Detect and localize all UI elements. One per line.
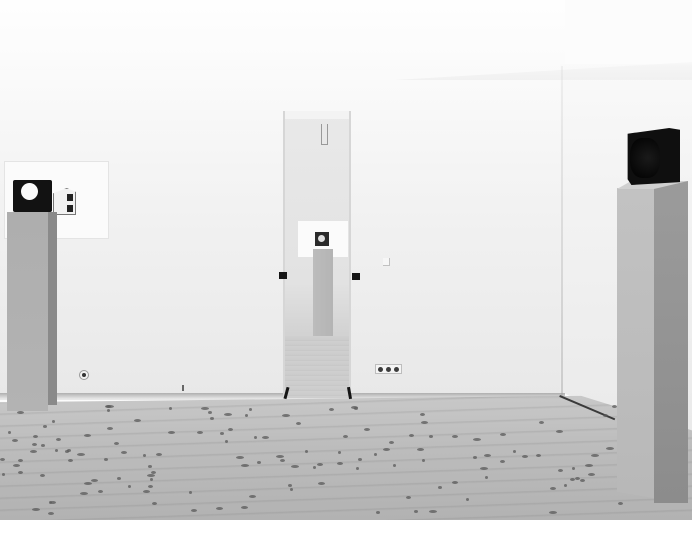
floor-knot (572, 467, 575, 470)
floor-knot (280, 459, 285, 462)
floor-knot (236, 456, 244, 459)
inner-room-pedestal (313, 249, 333, 339)
door-lintel (285, 111, 349, 119)
floor-knot (417, 448, 424, 451)
floor-knot (414, 510, 418, 513)
wooden-floor (0, 392, 692, 520)
floor-knot (393, 464, 396, 467)
floor-knot (249, 408, 252, 411)
right-pedestal (617, 181, 688, 503)
floor-knot (128, 485, 131, 488)
floor-knot (134, 419, 141, 422)
floor-knot (290, 488, 293, 491)
floor-knot (305, 450, 308, 453)
floor-knot (43, 425, 47, 428)
door-hinge-right (352, 273, 360, 280)
cube-circular-opening (21, 183, 38, 200)
floor-knot (228, 428, 233, 431)
floor-knot (197, 431, 203, 434)
floor-knot (406, 496, 411, 499)
floor-knot (409, 434, 414, 437)
floor-knot (500, 460, 505, 463)
floor-knot (201, 407, 209, 410)
floor-knot (245, 414, 248, 417)
floor-knot (429, 510, 437, 513)
floor-knot (421, 421, 428, 424)
floor-knot (558, 469, 563, 472)
floor-knot (241, 506, 248, 509)
outlet-socket (378, 367, 383, 372)
floor-knot (224, 413, 232, 416)
floor-knot (117, 477, 121, 480)
floor-knot (168, 431, 175, 434)
floor-knot (313, 466, 316, 469)
floor-knot (513, 450, 516, 453)
outlet-socket (386, 367, 391, 372)
floor-knot (33, 435, 38, 438)
right-sculpture-box: Dark box sculpture on tall pedestal near… (626, 128, 680, 185)
triple-outlet-icon (375, 364, 402, 374)
floor-knot (8, 431, 11, 434)
floor-knot (564, 484, 567, 487)
floor-knot (282, 414, 290, 417)
floor-knot (107, 427, 113, 430)
floor-knot (148, 485, 153, 488)
floor-knot (225, 440, 228, 443)
house-window (67, 205, 73, 212)
floor-knot (429, 435, 433, 438)
floor-knot (389, 441, 394, 444)
floor-knot (500, 433, 506, 436)
wall-socket-icon (79, 370, 89, 380)
inner-room-floor (285, 336, 349, 398)
box-face (630, 138, 660, 178)
floor-knot (18, 459, 23, 462)
left-sculpture-cube: Black cube with circular opening on pede… (13, 180, 52, 212)
floor-knot (480, 467, 488, 470)
floor-knot (150, 478, 153, 481)
floor-knot (49, 501, 52, 504)
floor-knot (52, 420, 55, 423)
pedestal-side (48, 212, 57, 405)
floor-knot (121, 451, 127, 454)
floor-knot (276, 455, 284, 458)
floor-knot (317, 463, 323, 466)
floor-knot (191, 509, 197, 512)
doorway: Open doorway showing an adjacent room wi… (283, 111, 351, 398)
floor-knot (484, 454, 491, 457)
floor-knot (220, 432, 224, 435)
light-switch-icon (383, 258, 390, 266)
floor-knot (452, 435, 458, 438)
floor-knot (549, 511, 557, 514)
floor-knot (254, 436, 257, 439)
floor-knot (13, 464, 20, 467)
floor-knot (208, 411, 212, 414)
door-hinge-left (279, 272, 287, 279)
floor-knot (80, 492, 88, 495)
floor-knot (77, 453, 85, 456)
floor-knot (40, 474, 45, 477)
floor-knot (0, 458, 5, 461)
floor-knot (364, 428, 370, 431)
floor-knot (291, 465, 299, 468)
wall-corner (561, 66, 563, 396)
floor-knot (12, 439, 18, 442)
floor-knot (473, 456, 477, 459)
floor-knot (32, 443, 37, 446)
floor-knot (143, 490, 150, 493)
floor-knot (241, 464, 249, 467)
floor-knot (104, 458, 108, 461)
floor-knot (249, 495, 256, 498)
floor-knot (288, 484, 292, 487)
floor-knot (32, 508, 40, 511)
floor-knot (84, 482, 92, 485)
floor-knot (522, 455, 528, 458)
floor-knot (114, 442, 119, 445)
floor-knot (550, 487, 556, 490)
floor-knot (539, 421, 544, 424)
floor-knot (156, 453, 162, 456)
floor-knot (18, 471, 23, 474)
floor-knot (257, 461, 261, 464)
floor-knot (343, 435, 348, 438)
floor-knot (216, 507, 223, 510)
ceiling-lamp-icon (321, 124, 328, 145)
floor-knot (2, 473, 5, 476)
floor-knot (84, 434, 91, 437)
floor-knot (296, 422, 301, 425)
floor-knot (65, 450, 69, 453)
floor-knot (536, 454, 541, 457)
floor-knot (107, 409, 110, 412)
floor-knot (30, 450, 37, 453)
wall-pin (182, 385, 184, 391)
floor-knot (91, 479, 98, 482)
floor-knot (68, 459, 73, 462)
floor-knot (438, 486, 442, 489)
floor-knot (143, 454, 146, 457)
floor-knot (570, 478, 575, 481)
inner-room-sculpture (315, 232, 329, 246)
floor-knot (466, 498, 469, 501)
floor-knot (152, 502, 157, 505)
floor-knot (591, 454, 599, 457)
floor-knot (580, 479, 585, 482)
floor-knot (56, 438, 61, 441)
floor-knot (106, 405, 114, 408)
floor-knot (210, 417, 214, 420)
floor-knot (383, 448, 390, 451)
pedestal-front (7, 212, 48, 411)
floor-knot (376, 511, 380, 514)
floor-knot (585, 464, 593, 467)
floor-knot (338, 451, 341, 454)
floor-knot (358, 458, 362, 461)
house-window (67, 194, 73, 201)
floor-knot (318, 482, 325, 485)
floor-knot (147, 474, 155, 477)
floor-knot (17, 411, 24, 414)
gallery-photo: Black-and-white photograph of a gallery … (0, 0, 692, 520)
floor-knot (485, 476, 488, 479)
floor-knot (48, 512, 54, 515)
floor-knot (148, 465, 152, 468)
floor-knot (420, 413, 425, 416)
floor-knot (606, 447, 614, 450)
floor-knot (603, 414, 608, 417)
floor-knot (169, 407, 172, 410)
floor-knot (473, 438, 481, 441)
pedestal-side (654, 181, 688, 503)
floor-knot (452, 481, 458, 484)
floor-knot (329, 408, 334, 411)
floor-knot (351, 406, 358, 409)
floor-knot (41, 444, 45, 447)
floor-knot (262, 436, 269, 439)
floor-knot (337, 462, 343, 465)
floor-knot (422, 459, 425, 462)
floor-knot (374, 453, 377, 456)
outlet-socket (394, 367, 399, 372)
floor-knot (55, 449, 58, 452)
floor-knot (189, 491, 192, 494)
floor-knot (588, 473, 595, 476)
left-pedestal (7, 212, 57, 411)
floor-knot (356, 467, 359, 470)
floor-knot (556, 430, 563, 433)
pedestal-front (617, 188, 654, 498)
floor-knot (98, 490, 103, 493)
